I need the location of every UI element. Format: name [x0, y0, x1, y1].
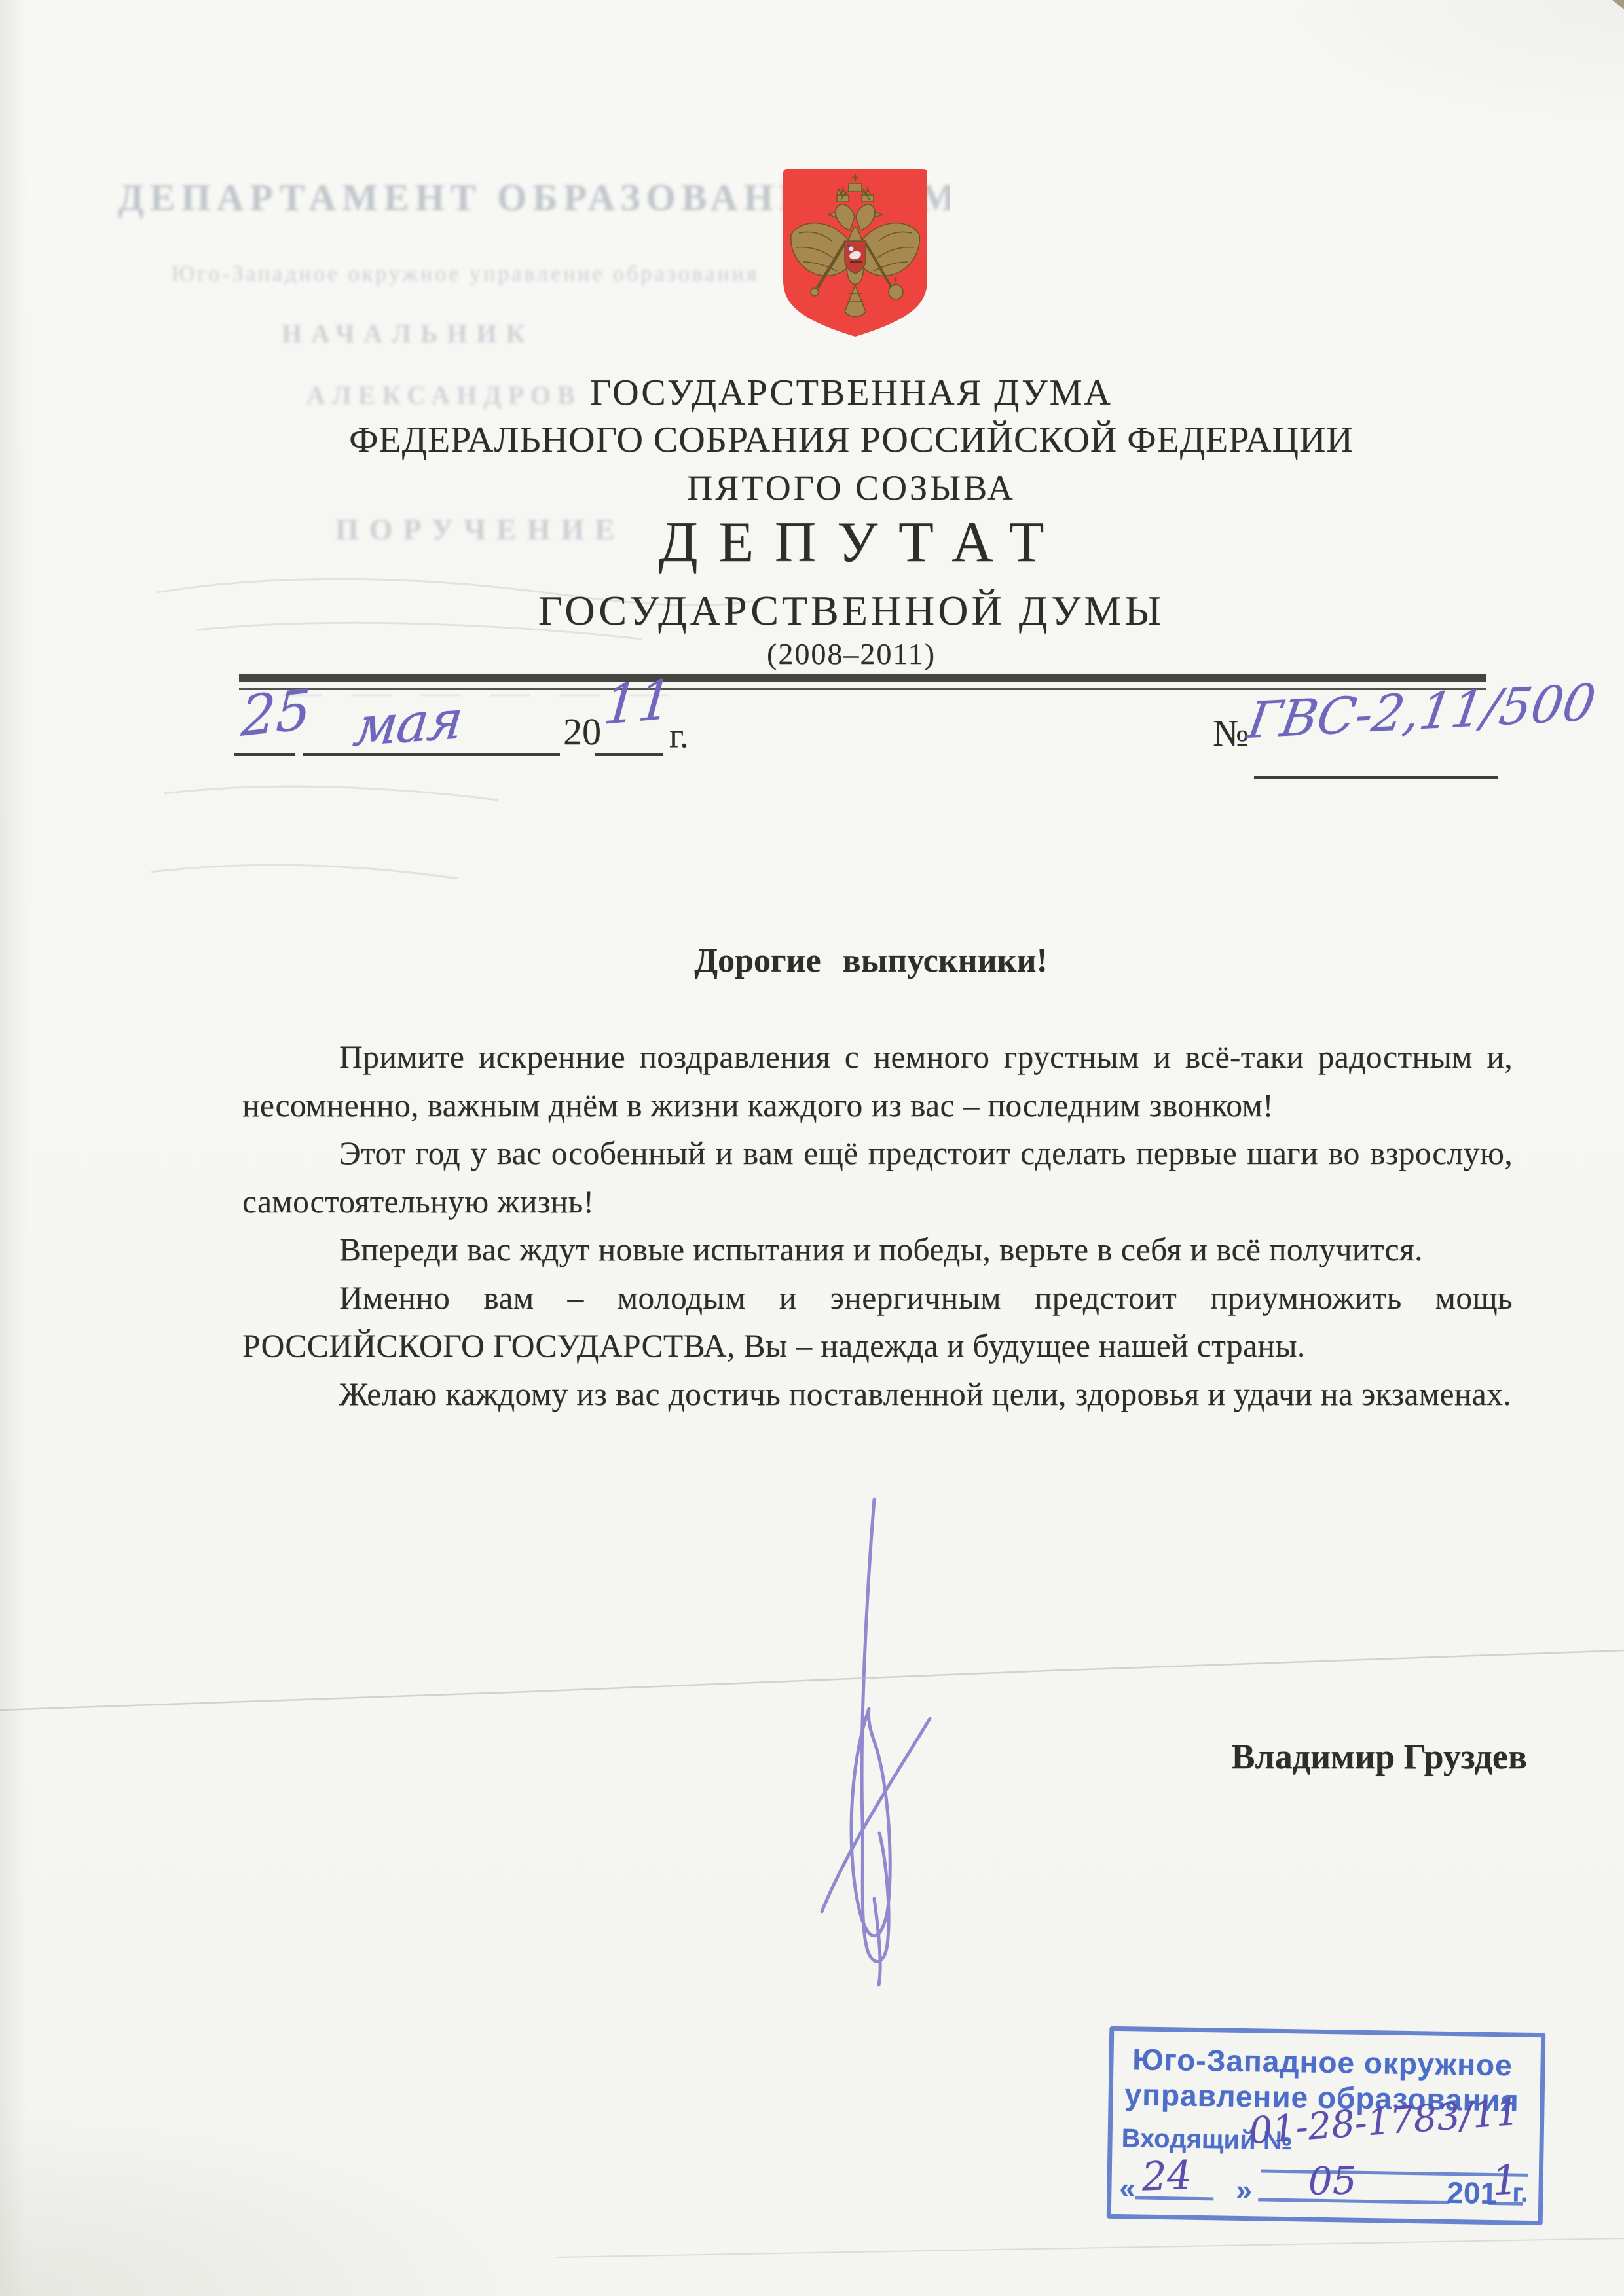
paragraph-2: Этот год у вас особенный и вам ещё предс…	[242, 1129, 1513, 1226]
corner-fold-mark	[1612, 0, 1624, 9]
org-name-line3: ПЯТОГО СОЗЫВА	[79, 467, 1624, 508]
deputy-title: ДЕПУТАТ	[79, 509, 1624, 575]
signature-scribble	[776, 1493, 986, 1990]
paragraph-5: Желаю каждому из вас достичь поставленно…	[242, 1370, 1513, 1419]
handwritten-year-suffix: 11	[601, 668, 674, 737]
letter-body: Примите искренние поздравления с немного…	[242, 1033, 1513, 1418]
convocation-term: (2008–2011)	[79, 636, 1624, 671]
stamp-year-prefix: 201	[1447, 2175, 1498, 2211]
paragraph-3: Впереди вас ждут новые испытания и побед…	[242, 1226, 1513, 1274]
stamp-handwritten-month: 05	[1308, 2158, 1357, 2203]
number-blank-line	[1254, 776, 1498, 779]
scanned-letter-page: ДЕПАРТАМЕНТ ОБРАЗОВАНИЯ Г. МОСКВЫ Юго-За…	[0, 0, 1624, 2296]
stamp-org-line1: Юго-Западное окружное	[1113, 2041, 1532, 2083]
salutation: Дорогие выпускники!	[0, 941, 1624, 980]
org-name-line2: ФЕДЕРАЛЬНОГО СОБРАНИЯ РОССИЙСКОЙ ФЕДЕРАЦ…	[79, 419, 1624, 461]
handwritten-month: мая	[350, 689, 465, 759]
registration-stamp: Юго-Западное окружное управление образов…	[1107, 2026, 1546, 2225]
paragraph-1: Примите искренние поздравления с немного…	[242, 1033, 1513, 1129]
month-blank-line	[303, 753, 560, 756]
bleedthrough-line-3: НАЧАЛЬНИК	[282, 318, 534, 349]
paragraph-4: Именно вам – молодым и энергичным предст…	[242, 1274, 1513, 1370]
day-blank-line	[234, 753, 295, 756]
handwritten-day: 25	[240, 677, 312, 749]
stamp-quote-close: »	[1236, 2174, 1252, 2207]
coat-of-arms-emblem	[777, 164, 934, 342]
printed-year-prefix: 20	[563, 710, 601, 754]
handwritten-outgoing-number: ГВС-2,11/500	[1244, 673, 1599, 750]
stamp-quote-open: «	[1119, 2172, 1135, 2205]
signer-name: Владимир Груздев	[0, 1736, 1527, 1777]
bleedthrough-line-2: Юго-Западное окружное управление образов…	[172, 262, 759, 287]
deputy-title-line2: ГОСУДАРСТВЕННОЙ ДУМЫ	[79, 587, 1624, 635]
salutation-text: Дорогие выпускники!	[694, 942, 1048, 979]
separator-rule-thick	[239, 674, 1486, 682]
org-name-line1: ГОСУДАРСТВЕННАЯ ДУМА	[79, 372, 1624, 414]
year-blank-line	[595, 753, 663, 756]
stamp-handwritten-year-digit: 1	[1491, 2155, 1519, 2204]
printed-year-unit: г.	[669, 715, 689, 756]
stamp-handwritten-day: 24	[1141, 2153, 1193, 2200]
